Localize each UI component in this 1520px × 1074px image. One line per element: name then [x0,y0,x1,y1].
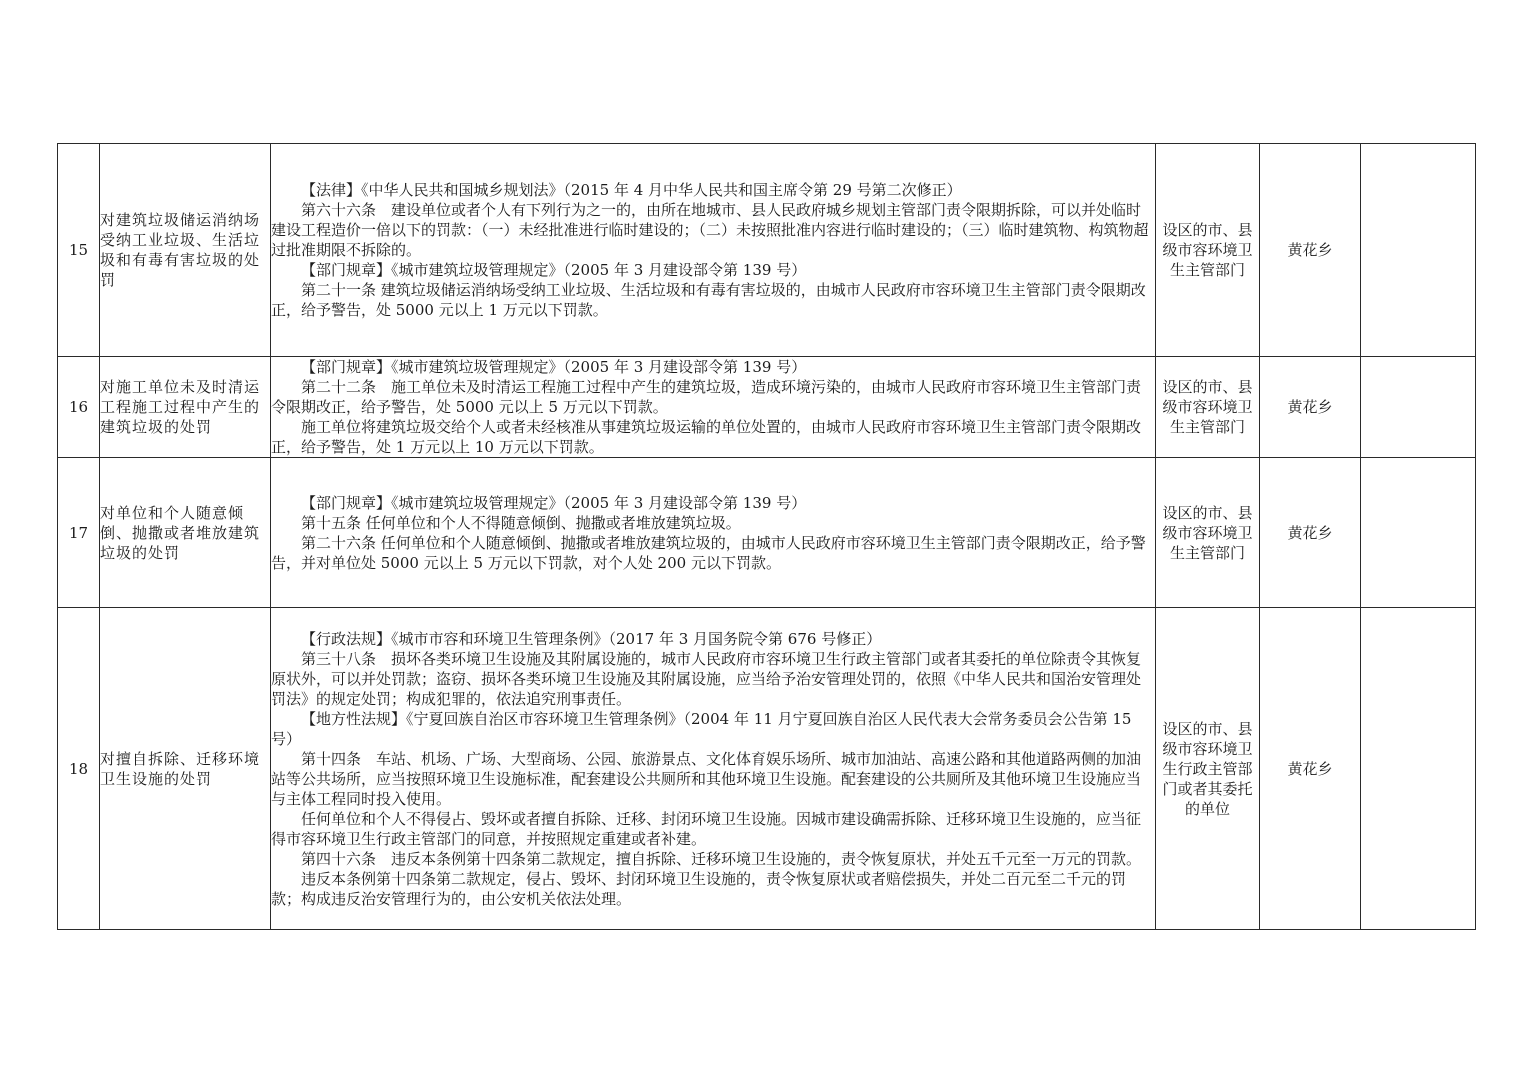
row-number: 16 [58,357,100,458]
remarks [1361,458,1476,608]
executing-unit: 黄花乡 [1260,458,1361,608]
item-name: 对建筑垃圾储运消纳场受纳工业垃圾、生活垃圾和有毒有害垃圾的处罚 [100,144,271,357]
basis-paragraph: 施工单位将建筑垃圾交给个人或者未经核准从事建筑垃圾运输的单位处置的，由城市人民政… [271,417,1155,457]
table-row: 17 对单位和个人随意倾倒、抛撒或者堆放建筑垃圾的处罚 【部门规章】《城市建筑垃… [58,458,1476,608]
penalty-table: 15 对建筑垃圾储运消纳场受纳工业垃圾、生活垃圾和有毒有害垃圾的处罚 【法律】《… [57,143,1476,930]
remarks [1361,357,1476,458]
executing-unit: 黄花乡 [1260,357,1361,458]
enforcement-subject: 设区的市、县级市容环境卫生主管部门 [1156,357,1260,458]
executing-unit: 黄花乡 [1260,608,1361,930]
basis-paragraph: 【地方性法规】《宁夏回族自治区市容环境卫生管理条例》（2004 年 11 月宁夏… [271,709,1155,749]
basis-paragraph: 【法律】《中华人民共和国城乡规划法》（2015 年 4 月中华人民共和国主席令第… [271,180,1155,200]
legal-basis: 【部门规章】《城市建筑垃圾管理规定》（2005 年 3 月建设部令第 139 号… [271,458,1156,608]
basis-paragraph: 第四十六条 违反本条例第十四条第二款规定，擅自拆除、迁移环境卫生设施的，责令恢复… [271,849,1155,869]
executing-unit: 黄花乡 [1260,144,1361,357]
table-row: 15 对建筑垃圾储运消纳场受纳工业垃圾、生活垃圾和有毒有害垃圾的处罚 【法律】《… [58,144,1476,357]
legal-basis: 【法律】《中华人民共和国城乡规划法》（2015 年 4 月中华人民共和国主席令第… [271,144,1156,357]
item-name: 对施工单位未及时清运工程施工过程中产生的建筑垃圾的处罚 [100,357,271,458]
enforcement-subject: 设区的市、县级市容环境卫生行政主管部门或者其委托的单位 [1156,608,1260,930]
basis-paragraph: 第十五条 任何单位和个人不得随意倾倒、抛撒或者堆放建筑垃圾。 [271,513,1155,533]
basis-paragraph: 第六十六条 建设单位或者个人有下列行为之一的，由所在地城市、县人民政府城乡规划主… [271,200,1155,260]
basis-paragraph: 第十四条 车站、机场、广场、大型商场、公园、旅游景点、文化体育娱乐场所、城市加油… [271,749,1155,809]
row-number: 18 [58,608,100,930]
basis-paragraph: 任何单位和个人不得侵占、毁坏或者擅自拆除、迁移、封闭环境卫生设施。因城市建设确需… [271,809,1155,849]
item-name: 对擅自拆除、迁移环境卫生设施的处罚 [100,608,271,930]
legal-basis: 【行政法规】《城市市容和环境卫生管理条例》（2017 年 3 月国务院令第 67… [271,608,1156,930]
remarks [1361,608,1476,930]
enforcement-subject: 设区的市、县级市容环境卫生主管部门 [1156,144,1260,357]
basis-paragraph: 第二十二条 施工单位未及时清运工程施工过程中产生的建筑垃圾，造成环境污染的，由城… [271,377,1155,417]
basis-paragraph: 第二十六条 任何单位和个人随意倾倒、抛撒或者堆放建筑垃圾的，由城市人民政府市容环… [271,533,1155,573]
table-row: 18 对擅自拆除、迁移环境卫生设施的处罚 【行政法规】《城市市容和环境卫生管理条… [58,608,1476,930]
table-row: 16 对施工单位未及时清运工程施工过程中产生的建筑垃圾的处罚 【部门规章】《城市… [58,357,1476,458]
basis-paragraph: 第三十八条 损坏各类环境卫生设施及其附属设施的，城市人民政府市容环境卫生行政主管… [271,649,1155,709]
enforcement-subject: 设区的市、县级市容环境卫生主管部门 [1156,458,1260,608]
basis-paragraph: 【部门规章】《城市建筑垃圾管理规定》（2005 年 3 月建设部令第 139 号… [271,260,1155,280]
item-name: 对单位和个人随意倾倒、抛撒或者堆放建筑垃圾的处罚 [100,458,271,608]
remarks [1361,144,1476,357]
basis-paragraph: 【部门规章】《城市建筑垃圾管理规定》（2005 年 3 月建设部令第 139 号… [271,357,1155,377]
basis-paragraph: 第二十一条 建筑垃圾储运消纳场受纳工业垃圾、生活垃圾和有毒有害垃圾的，由城市人民… [271,280,1155,320]
row-number: 15 [58,144,100,357]
basis-paragraph: 违反本条例第十四条第二款规定，侵占、毁坏、封闭环境卫生设施的，责令恢复原状或者赔… [271,869,1155,909]
basis-paragraph: 【行政法规】《城市市容和环境卫生管理条例》（2017 年 3 月国务院令第 67… [271,629,1155,649]
row-number: 17 [58,458,100,608]
legal-basis: 【部门规章】《城市建筑垃圾管理规定》（2005 年 3 月建设部令第 139 号… [271,357,1156,458]
basis-paragraph: 【部门规章】《城市建筑垃圾管理规定》（2005 年 3 月建设部令第 139 号… [271,493,1155,513]
